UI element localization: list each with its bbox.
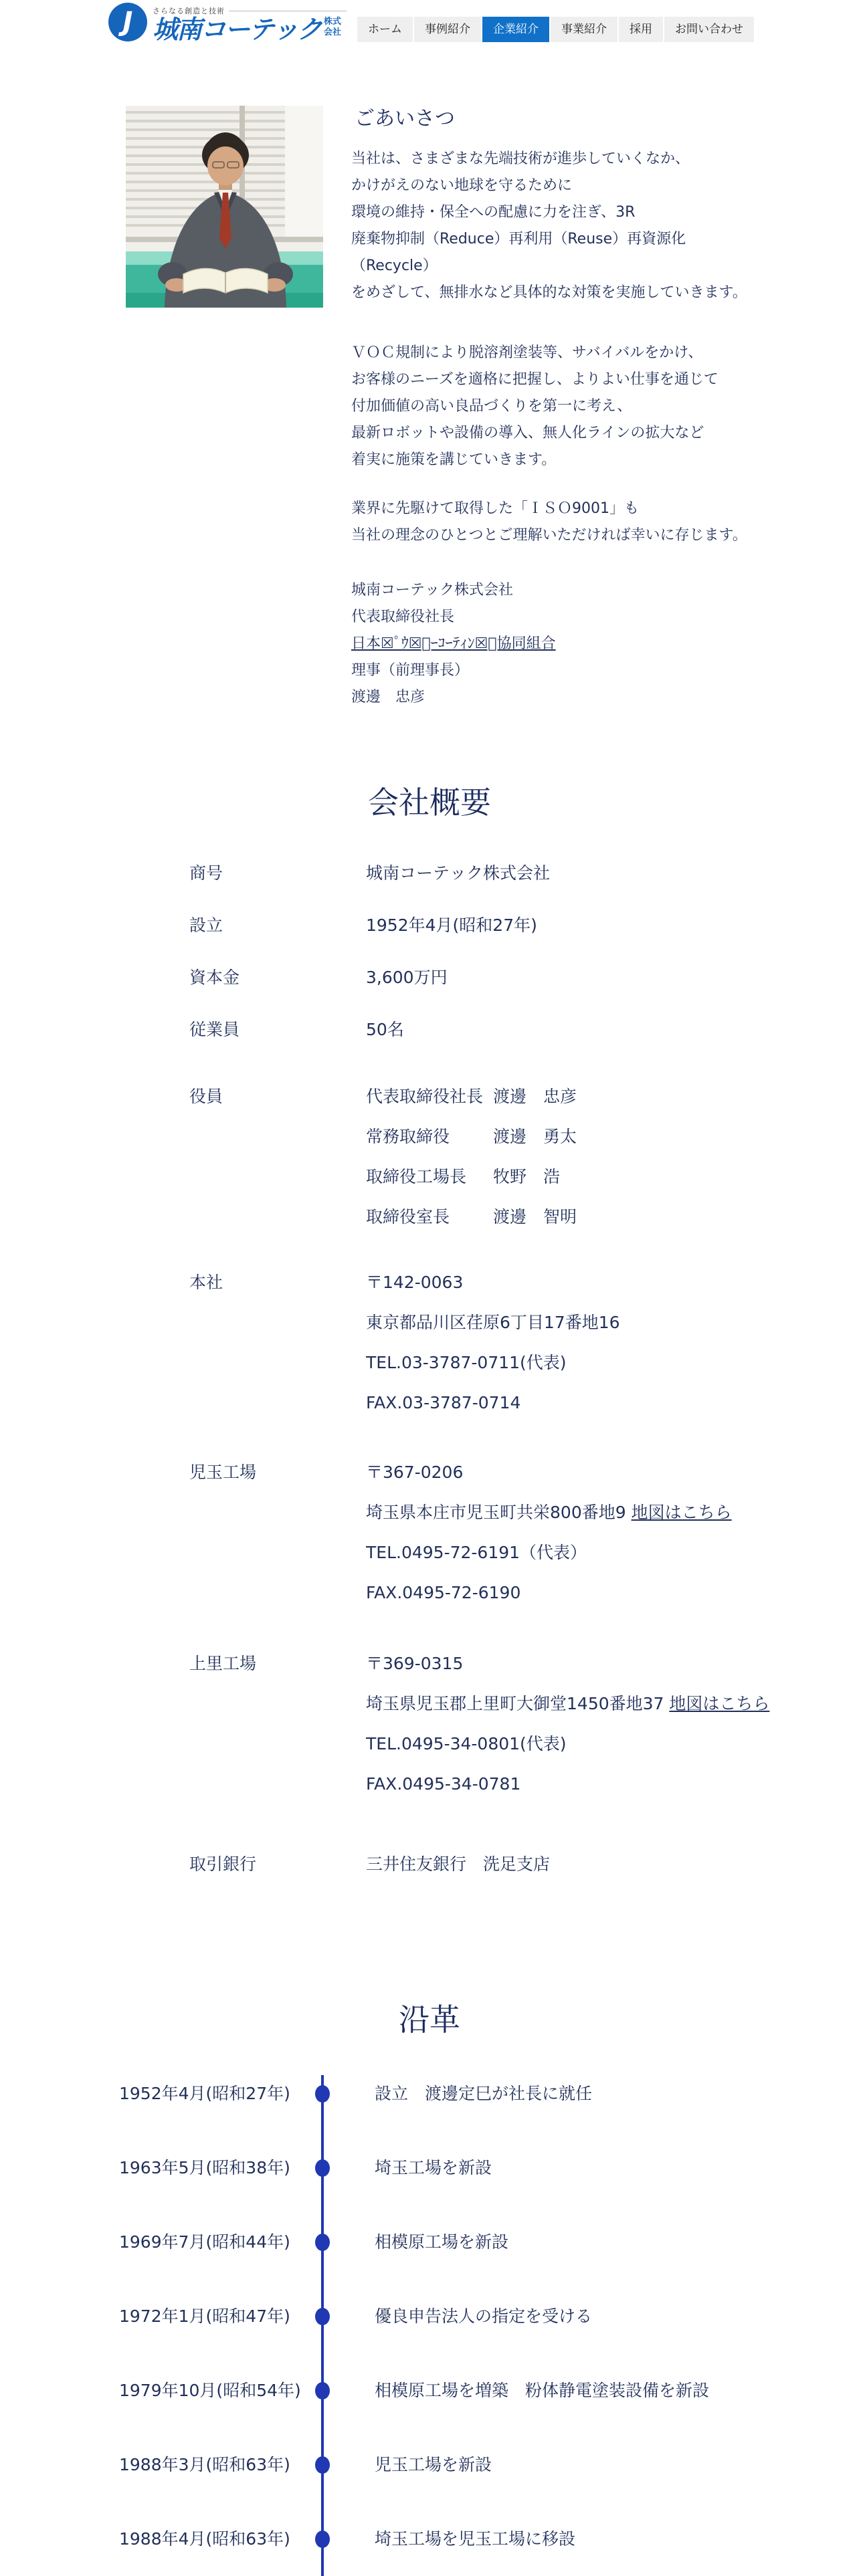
timeline-date: 1979年10月(昭和54年) bbox=[119, 2377, 301, 2404]
greeting-line: をめざして、無排水など具体的な対策を実施していきます。 bbox=[351, 280, 747, 306]
nav-item-recruit[interactable]: 採用 bbox=[619, 17, 663, 42]
officer-name: 渡邊 勇太 bbox=[493, 1127, 577, 1146]
greeting-signature: 城南コーテック株式会社代表取締役社長日本☒ﾟｳ☒ﾞｰｺｰﾃｨﾝ☒ﾞ協同組合理事（… bbox=[351, 577, 556, 711]
overview-value-line: 東京都品川区荏原6丁目17番地16 bbox=[366, 1303, 620, 1343]
overview-values: 1952年4月(昭和27年) bbox=[366, 905, 537, 946]
map-link[interactable]: 地図はこちら bbox=[632, 1503, 732, 1522]
timeline-description: 児玉工場を新設 bbox=[375, 2452, 492, 2478]
overview-text: FAX.03-3787-0714 bbox=[366, 1393, 520, 1412]
overview-value-line: 〒369-0315 bbox=[366, 1644, 769, 1684]
overview-value-line: 1952年4月(昭和27年) bbox=[366, 905, 537, 946]
overview-values: 3,600万円 bbox=[366, 958, 448, 998]
greeting-paragraph-1: 当社は、さまざまな先端技術が進歩していくなか、かけがえのない地球を守るために環境… bbox=[351, 146, 747, 306]
timeline-row: 1969年7月(昭和44年)相模原工場を新設 bbox=[0, 2229, 859, 2256]
signature-line: 渡邊 忠彦 bbox=[351, 684, 556, 711]
greeting-title: ごあいさつ bbox=[355, 106, 455, 132]
overview-text: 1952年4月(昭和27年) bbox=[366, 916, 537, 935]
overview-value-line: 代表取締役社長渡邊 忠彦 bbox=[366, 1077, 577, 1117]
overview-text: TEL.0495-34-0801(代表) bbox=[366, 1734, 567, 1753]
greeting-line: 当社の理念のひとつとご理解いただければ幸いに存じます。 bbox=[351, 522, 747, 549]
president-photo-art bbox=[126, 106, 323, 308]
overview-value-line: TEL.0495-34-0801(代表) bbox=[366, 1724, 769, 1764]
overview-values: 城南コーテック株式会社 bbox=[366, 853, 550, 893]
signature-line: 代表取締役社長 bbox=[351, 604, 556, 631]
association-link[interactable]: 日本☒ﾟｳ☒ﾞｰｺｰﾃｨﾝ☒ﾞ協同組合 bbox=[351, 635, 556, 652]
nav-item-case-studies[interactable]: 事例紹介 bbox=[414, 17, 481, 42]
greeting-line: （Recycle） bbox=[351, 253, 747, 280]
signature-line: 理事（前理事長） bbox=[351, 657, 556, 684]
timeline-description: 埼玉工場を新設 bbox=[375, 2155, 492, 2181]
greeting-paragraph-2: ＶＯＣ規制により脱溶剤塗装等、サバイバルをかけ、お客様のニーズを適格に把握し、よ… bbox=[351, 340, 719, 473]
overview-values: 代表取締役社長渡邊 忠彦常務取締役渡邊 勇太取締役工場長牧野 浩取締役室長渡邊 … bbox=[366, 1077, 577, 1237]
timeline-description: 設立 渡邊定巳が社長に就任 bbox=[375, 2080, 592, 2107]
greeting-paragraph-3: 業界に先駆けて取得した「ＩＳＯ9001」も当社の理念のひとつとご理解いただければ… bbox=[351, 496, 747, 549]
overview-text: 埼玉県本庄市児玉町共栄800番地9 bbox=[366, 1503, 632, 1522]
overview-text: 〒369-0315 bbox=[366, 1654, 463, 1673]
overview-value-line: FAX.0495-34-0781 bbox=[366, 1764, 769, 1804]
map-link[interactable]: 地図はこちら bbox=[669, 1694, 769, 1713]
timeline-description: 相模原工場を増築 粉体静電塗装設備を新設 bbox=[375, 2377, 709, 2404]
overview-text: 50名 bbox=[366, 1020, 404, 1039]
timeline-dot-icon bbox=[315, 2456, 330, 2474]
overview-values: 50名 bbox=[366, 1010, 404, 1050]
greeting-line: 当社は、さまざまな先端技術が進歩していくなか、 bbox=[351, 146, 747, 173]
overview-value-line: 50名 bbox=[366, 1010, 404, 1050]
timeline-date: 1988年3月(昭和63年) bbox=[119, 2452, 290, 2478]
overview-value-line: 取締役工場長牧野 浩 bbox=[366, 1157, 577, 1197]
company-overview-title: 会社概要 bbox=[0, 784, 859, 821]
overview-value-line: TEL.03-3787-0711(代表) bbox=[366, 1343, 620, 1383]
overview-text: TEL.0495-72-6191（代表） bbox=[366, 1543, 587, 1562]
timeline-dot-icon bbox=[315, 2159, 330, 2177]
timeline-description: 埼玉工場を児玉工場に移設 bbox=[375, 2526, 575, 2553]
nav-item-contact[interactable]: お問い合わせ bbox=[664, 17, 754, 42]
timeline-date: 1963年5月(昭和38年) bbox=[119, 2155, 290, 2181]
president-photo bbox=[126, 106, 323, 308]
overview-label: 児玉工場 bbox=[189, 1453, 256, 1493]
signature-line: 城南コーテック株式会社 bbox=[351, 577, 556, 604]
overview-values: 〒367-0206埼玉県本庄市児玉町共栄800番地9 地図はこちらTEL.049… bbox=[366, 1453, 732, 1613]
overview-values: 〒369-0315埼玉県児玉郡上里町大御堂1450番地37 地図はこちらTEL.… bbox=[366, 1644, 769, 1804]
greeting-line: 最新ロボットや設備の導入、無人化ラインの拡大など bbox=[351, 420, 719, 447]
overview-text: 〒142-0063 bbox=[366, 1273, 463, 1292]
officer-role: 代表取締役社長 bbox=[366, 1077, 493, 1117]
overview-values: 〒142-0063東京都品川区荏原6丁目17番地16TEL.03-3787-07… bbox=[366, 1263, 620, 1423]
overview-value-line: 〒142-0063 bbox=[366, 1263, 620, 1303]
officer-name: 牧野 浩 bbox=[493, 1167, 560, 1186]
timeline-date: 1972年1月(昭和47年) bbox=[119, 2303, 290, 2330]
nav-item-home[interactable]: ホーム bbox=[357, 17, 413, 42]
overview-value-line: 常務取締役渡邊 勇太 bbox=[366, 1117, 577, 1157]
overview-text: 三井住友銀行 洗足支店 bbox=[366, 1854, 550, 1874]
overview-label: 本社 bbox=[189, 1263, 223, 1303]
logo-company-suffix: 株式 会社 bbox=[324, 17, 341, 37]
officer-name: 渡邊 忠彦 bbox=[493, 1087, 577, 1106]
overview-values: 三井住友銀行 洗足支店 bbox=[366, 1844, 550, 1885]
overview-label: 設立 bbox=[189, 905, 223, 946]
overview-value-line: 城南コーテック株式会社 bbox=[366, 853, 550, 893]
timeline-row: 1988年4月(昭和63年)埼玉工場を児玉工場に移設 bbox=[0, 2526, 859, 2553]
timeline-description: 優良申告法人の指定を受ける bbox=[375, 2303, 592, 2330]
greeting-line: かけがえのない地球を守るために bbox=[351, 173, 747, 199]
overview-text: 〒367-0206 bbox=[366, 1463, 463, 1482]
logo-company-name: 城南コーテック bbox=[153, 17, 321, 42]
officer-name: 渡邊 智明 bbox=[493, 1207, 577, 1226]
overview-text: 東京都品川区荏原6丁目17番地16 bbox=[366, 1313, 620, 1332]
company-logo[interactable]: J さらなる創造と技術 城南コーテック 株式 会社 bbox=[108, 3, 347, 42]
timeline-row: 1988年3月(昭和63年)児玉工場を新設 bbox=[0, 2452, 859, 2478]
timeline-date: 1952年4月(昭和27年) bbox=[119, 2080, 290, 2107]
officer-role: 常務取締役 bbox=[366, 1117, 493, 1157]
overview-value-line: 3,600万円 bbox=[366, 958, 448, 998]
history-title: 沿革 bbox=[0, 2001, 859, 2038]
overview-text: FAX.0495-72-6190 bbox=[366, 1583, 520, 1602]
overview-value-line: 〒367-0206 bbox=[366, 1453, 732, 1493]
overview-value-line: 埼玉県本庄市児玉町共栄800番地9 地図はこちら bbox=[366, 1493, 732, 1533]
greeting-line: 業界に先駆けて取得した「ＩＳＯ9001」も bbox=[351, 496, 747, 522]
timeline-row: 1963年5月(昭和38年)埼玉工場を新設 bbox=[0, 2155, 859, 2181]
timeline-dot-icon bbox=[315, 2382, 330, 2399]
overview-text: 埼玉県児玉郡上里町大御堂1450番地37 bbox=[366, 1694, 669, 1713]
timeline-dot-icon bbox=[315, 2234, 330, 2251]
timeline-row: 1979年10月(昭和54年)相模原工場を増築 粉体静電塗装設備を新設 bbox=[0, 2377, 859, 2404]
overview-value-line: FAX.0495-72-6190 bbox=[366, 1573, 732, 1613]
overview-label: 取引銀行 bbox=[189, 1844, 256, 1885]
logo-mark-icon: J bbox=[108, 3, 147, 41]
overview-value-line: TEL.0495-72-6191（代表） bbox=[366, 1533, 732, 1573]
signature-association-line: 日本☒ﾟｳ☒ﾞｰｺｰﾃｨﾝ☒ﾞ協同組合 bbox=[351, 631, 556, 657]
main-nav: ホーム事例紹介企業紹介事業紹介採用お問い合わせ bbox=[357, 17, 754, 42]
overview-value-line: FAX.03-3787-0714 bbox=[366, 1383, 620, 1423]
nav-item-company[interactable]: 企業紹介 bbox=[482, 17, 549, 42]
greeting-line: 環境の維持・保全への配慮に力を注ぎ、3R bbox=[351, 199, 747, 226]
overview-text: 3,600万円 bbox=[366, 968, 448, 987]
timeline-dot-icon bbox=[315, 2531, 330, 2548]
greeting-line: 付加価値の高い良品づくりを第一に考え、 bbox=[351, 393, 719, 420]
timeline-dot-icon bbox=[315, 2085, 330, 2103]
officer-role: 取締役室長 bbox=[366, 1197, 493, 1237]
overview-label: 従業員 bbox=[189, 1010, 240, 1050]
overview-label: 上里工場 bbox=[189, 1644, 256, 1684]
overview-value-line: 埼玉県児玉郡上里町大御堂1450番地37 地図はこちら bbox=[366, 1684, 769, 1724]
greeting-line: お客様のニーズを適格に把握し、よりよい仕事を通じて bbox=[351, 366, 719, 393]
nav-item-business[interactable]: 事業紹介 bbox=[551, 17, 617, 42]
greeting-line: 着実に施策を講じていきます。 bbox=[351, 447, 719, 473]
overview-label: 役員 bbox=[189, 1077, 223, 1117]
timeline-row: 1972年1月(昭和47年)優良申告法人の指定を受ける bbox=[0, 2303, 859, 2330]
overview-text: FAX.0495-34-0781 bbox=[366, 1774, 520, 1794]
greeting-line: ＶＯＣ規制により脱溶剤塗装等、サバイバルをかけ、 bbox=[351, 340, 719, 366]
overview-label: 資本金 bbox=[189, 958, 240, 998]
overview-label: 商号 bbox=[189, 853, 223, 893]
tagline-rule bbox=[229, 11, 347, 11]
logo-text-block: さらなる創造と技術 城南コーテック 株式 会社 bbox=[153, 3, 347, 42]
overview-value-line: 取締役室長渡邊 智明 bbox=[366, 1197, 577, 1237]
overview-text: 城南コーテック株式会社 bbox=[366, 863, 550, 883]
overview-value-line: 三井住友銀行 洗足支店 bbox=[366, 1844, 550, 1885]
timeline-description: 相模原工場を新設 bbox=[375, 2229, 508, 2256]
greeting-line: 廃棄物抑制（Reduce）再利用（Reuse）再資源化 bbox=[351, 226, 747, 253]
overview-text: TEL.03-3787-0711(代表) bbox=[366, 1353, 567, 1372]
timeline-row: 1952年4月(昭和27年)設立 渡邊定巳が社長に就任 bbox=[0, 2080, 859, 2107]
timeline-date: 1988年4月(昭和63年) bbox=[119, 2526, 290, 2553]
timeline-date: 1969年7月(昭和44年) bbox=[119, 2229, 290, 2256]
officer-role: 取締役工場長 bbox=[366, 1157, 493, 1197]
timeline-dot-icon bbox=[315, 2308, 330, 2325]
